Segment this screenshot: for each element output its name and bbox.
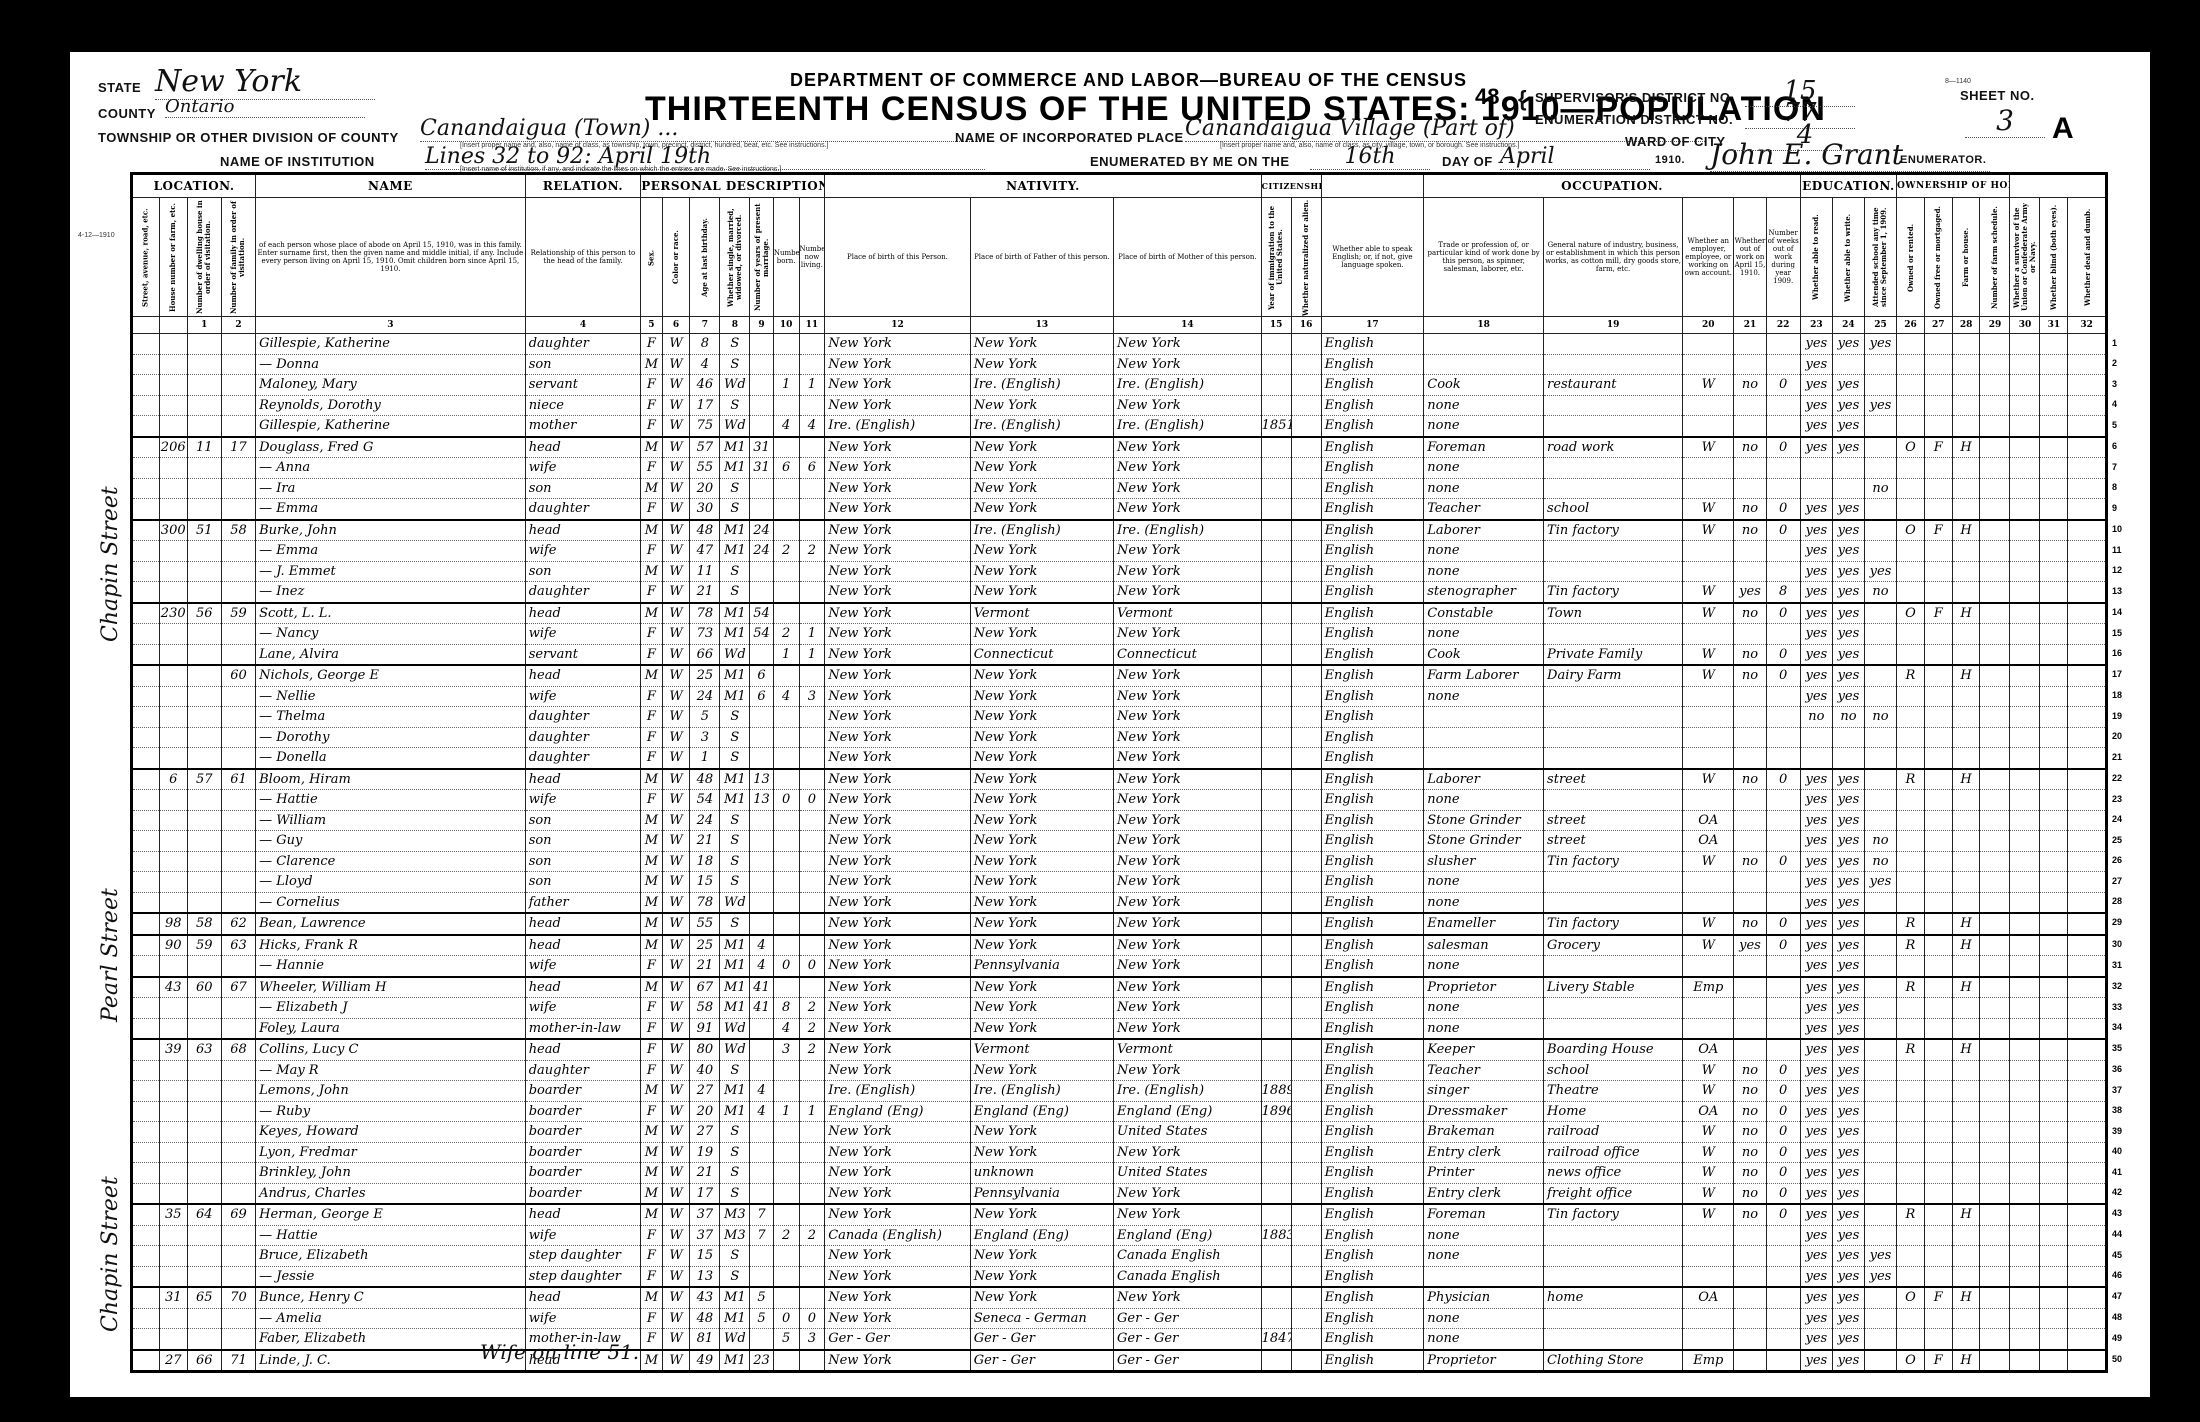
cell-living bbox=[799, 1350, 825, 1372]
cell-wks bbox=[1766, 707, 1800, 728]
cell-sched bbox=[1980, 977, 2010, 998]
cell-dw bbox=[187, 790, 221, 811]
cell-sch bbox=[1864, 998, 1896, 1019]
cell-sch: no bbox=[1864, 851, 1896, 872]
cell-fam: 61 bbox=[221, 769, 255, 790]
cell-sex: F bbox=[641, 1308, 662, 1329]
cell-dw bbox=[187, 1060, 221, 1081]
cell-mort bbox=[1924, 1225, 1952, 1246]
cell-emp: W bbox=[1683, 1081, 1734, 1102]
cell-street bbox=[132, 603, 160, 624]
cell-fh: H bbox=[1952, 437, 1980, 458]
cell-own bbox=[1897, 354, 1925, 375]
cell-age: 19 bbox=[690, 1142, 720, 1163]
cell-age: 81 bbox=[690, 1329, 720, 1350]
cell-dw bbox=[187, 1225, 221, 1246]
cell-bm: New York bbox=[1114, 913, 1262, 935]
cell-yrs: 13 bbox=[750, 769, 774, 790]
cell-ind bbox=[1544, 1018, 1683, 1039]
table-row: — EmmawifeFW47M12422New YorkNew YorkNew … bbox=[132, 541, 2107, 562]
cell-bp: New York bbox=[825, 686, 970, 707]
line-number: 41 bbox=[2112, 1167, 2122, 1177]
cell-fam bbox=[221, 1329, 255, 1350]
cell-nat bbox=[1291, 395, 1321, 416]
cell-trade: slusher bbox=[1424, 851, 1544, 872]
cell-bp: New York bbox=[825, 1204, 970, 1225]
cell-nat bbox=[1291, 499, 1321, 520]
cell-oow bbox=[1734, 790, 1766, 811]
cell-wr bbox=[1832, 354, 1864, 375]
cell-wr: yes bbox=[1832, 1287, 1864, 1308]
cell-sex: M bbox=[641, 520, 662, 541]
cell-age: 15 bbox=[690, 1246, 720, 1267]
cell-bf: New York bbox=[970, 998, 1113, 1019]
cell-born bbox=[773, 1246, 799, 1267]
cell-bm: Ire. (English) bbox=[1114, 1081, 1262, 1102]
cell-race: W bbox=[662, 1163, 690, 1184]
cell-street bbox=[132, 334, 160, 355]
cell-age: 57 bbox=[690, 437, 720, 458]
cell-imm bbox=[1261, 977, 1291, 998]
column-number: 31 bbox=[2040, 317, 2068, 334]
cell-sched bbox=[1980, 1329, 2010, 1350]
cell-sex: M bbox=[641, 437, 662, 458]
cell-house bbox=[159, 727, 187, 748]
cell-street bbox=[132, 1163, 160, 1184]
cell-oow bbox=[1734, 1287, 1766, 1308]
cell-rel: head bbox=[525, 437, 641, 458]
cell-deaf bbox=[2068, 395, 2107, 416]
cell-name: Maloney, Mary bbox=[256, 375, 526, 396]
cell-bm: New York bbox=[1114, 665, 1262, 686]
cell-nat bbox=[1291, 913, 1321, 935]
cell-mort bbox=[1924, 1060, 1952, 1081]
cell-fam bbox=[221, 416, 255, 437]
cell-wks bbox=[1766, 810, 1800, 831]
cell-mort bbox=[1924, 1246, 1952, 1267]
cell-ind: school bbox=[1544, 499, 1683, 520]
cell-blind bbox=[2040, 1287, 2068, 1308]
ward-label: Ward of city bbox=[1625, 134, 1726, 149]
cell-trade: Keeper bbox=[1424, 1039, 1544, 1060]
cell-wks bbox=[1766, 624, 1800, 645]
cell-rel: wife bbox=[525, 998, 641, 1019]
cell-age: 54 bbox=[690, 790, 720, 811]
cell-sch bbox=[1864, 727, 1896, 748]
cell-ind bbox=[1544, 790, 1683, 811]
cell-vet bbox=[2010, 520, 2040, 541]
cell-rel: daughter bbox=[525, 707, 641, 728]
cell-born bbox=[773, 935, 799, 956]
cell-fam: 17 bbox=[221, 437, 255, 458]
cell-lang: English bbox=[1321, 561, 1424, 582]
cell-blind bbox=[2040, 1081, 2068, 1102]
cell-trade: Dressmaker bbox=[1424, 1101, 1544, 1122]
cell-ind: Private Family bbox=[1544, 644, 1683, 665]
cell-age: 91 bbox=[690, 1018, 720, 1039]
cell-sched bbox=[1980, 1018, 2010, 1039]
cell-sex: F bbox=[641, 998, 662, 1019]
cell-bp: New York bbox=[825, 1183, 970, 1204]
cell-imm: 1889 bbox=[1261, 1081, 1291, 1102]
cell-rel: head bbox=[525, 977, 641, 998]
cell-oow bbox=[1734, 541, 1766, 562]
cell-oow: no bbox=[1734, 1101, 1766, 1122]
cell-emp: W bbox=[1683, 1060, 1734, 1081]
table-row: Lyon, FredmarboarderMW19SNew YorkNew Yor… bbox=[132, 1142, 2107, 1163]
cell-fh bbox=[1952, 1142, 1980, 1163]
cell-ind: road work bbox=[1544, 437, 1683, 458]
cell-born bbox=[773, 1060, 799, 1081]
cell-house bbox=[159, 458, 187, 479]
group-relation: RELATION. bbox=[525, 174, 641, 198]
state-label: State bbox=[98, 80, 141, 95]
cell-vet bbox=[2010, 644, 2040, 665]
cell-born: 5 bbox=[773, 1329, 799, 1350]
cell-rel: son bbox=[525, 831, 641, 852]
cell-fam bbox=[221, 810, 255, 831]
cell-yrs bbox=[750, 644, 774, 665]
cell-rel: son bbox=[525, 561, 641, 582]
cell-fam bbox=[221, 1060, 255, 1081]
cell-deaf bbox=[2068, 1101, 2107, 1122]
cell-lang: English bbox=[1321, 810, 1424, 831]
cell-dw bbox=[187, 644, 221, 665]
cell-living bbox=[799, 1142, 825, 1163]
cell-sex: M bbox=[641, 1287, 662, 1308]
header-birth-person: Place of birth of this Person. bbox=[825, 198, 970, 317]
cell-age: 17 bbox=[690, 395, 720, 416]
cell-lang: English bbox=[1321, 624, 1424, 645]
line-number: 34 bbox=[2112, 1022, 2122, 1032]
cell-blind bbox=[2040, 1350, 2068, 1372]
cell-wr: yes bbox=[1832, 1039, 1864, 1060]
cell-fam bbox=[221, 478, 255, 499]
table-row: 3005158Burke, JohnheadMW48M124New YorkIr… bbox=[132, 520, 2107, 541]
cell-wr: yes bbox=[1832, 1101, 1864, 1122]
cell-sch bbox=[1864, 769, 1896, 790]
cell-sch bbox=[1864, 665, 1896, 686]
cell-fh bbox=[1952, 1183, 1980, 1204]
cell-vet bbox=[2010, 727, 2040, 748]
cell-rel: niece bbox=[525, 395, 641, 416]
cell-wr: yes bbox=[1832, 892, 1864, 913]
cell-yrs bbox=[750, 561, 774, 582]
cell-race: W bbox=[662, 1329, 690, 1350]
cell-nat bbox=[1291, 416, 1321, 437]
column-number: 26 bbox=[1897, 317, 1925, 334]
cell-name: — Hattie bbox=[256, 790, 526, 811]
header-relation: Relationship of this person to the head … bbox=[525, 198, 641, 317]
cell-rd: yes bbox=[1800, 1204, 1832, 1225]
table-row: 276671Linde, J. C.headMW49M123New YorkGe… bbox=[132, 1350, 2107, 1372]
cell-emp: W bbox=[1683, 913, 1734, 935]
department-heading: DEPARTMENT OF COMMERCE AND LABOR—BUREAU … bbox=[790, 70, 1467, 91]
cell-street bbox=[132, 582, 160, 603]
line-number: 9 bbox=[2112, 503, 2117, 513]
cell-rel: son bbox=[525, 810, 641, 831]
cell-wr: yes bbox=[1832, 561, 1864, 582]
cell-fam bbox=[221, 375, 255, 396]
cell-lang: English bbox=[1321, 956, 1424, 977]
cell-sex: M bbox=[641, 872, 662, 893]
cell-wr: yes bbox=[1832, 1246, 1864, 1267]
cell-rel: head bbox=[525, 1204, 641, 1225]
line-number: 48 bbox=[2112, 1312, 2122, 1322]
cell-sex: M bbox=[641, 1350, 662, 1372]
cell-imm bbox=[1261, 603, 1291, 624]
cell-trade: Proprietor bbox=[1424, 977, 1544, 998]
table-row: 985862Bean, LawrenceheadMW55SNew YorkNew… bbox=[132, 913, 2107, 935]
cell-wr: yes bbox=[1832, 1266, 1864, 1287]
cell-house: 35 bbox=[159, 1204, 187, 1225]
cell-born: 8 bbox=[773, 998, 799, 1019]
cell-dw bbox=[187, 748, 221, 769]
cell-sched bbox=[1980, 644, 2010, 665]
cell-mar: M1 bbox=[720, 1081, 750, 1102]
cell-mar: M1 bbox=[720, 603, 750, 624]
cell-wks bbox=[1766, 334, 1800, 355]
cell-vet bbox=[2010, 375, 2040, 396]
cell-emp: W bbox=[1683, 520, 1734, 541]
cell-street bbox=[132, 998, 160, 1019]
cell-blind bbox=[2040, 810, 2068, 831]
cell-name: Herman, George E bbox=[256, 1204, 526, 1225]
cell-rel: son bbox=[525, 851, 641, 872]
cell-living bbox=[799, 437, 825, 458]
cell-bm: New York bbox=[1114, 1183, 1262, 1204]
table-row: Maloney, MaryservantFW46Wd11New YorkIre.… bbox=[132, 375, 2107, 396]
cell-yrs bbox=[750, 354, 774, 375]
cell-lang: English bbox=[1321, 1039, 1424, 1060]
cell-vet bbox=[2010, 1308, 2040, 1329]
cell-rd: yes bbox=[1800, 892, 1832, 913]
line-number: 43 bbox=[2112, 1208, 2122, 1218]
cell-dw bbox=[187, 686, 221, 707]
cell-bm: New York bbox=[1114, 1204, 1262, 1225]
cell-bm: New York bbox=[1114, 851, 1262, 872]
header-street: Street, avenue, road, etc. bbox=[132, 198, 160, 317]
cell-wks: 0 bbox=[1766, 935, 1800, 956]
line-number: 26 bbox=[2112, 855, 2122, 865]
header-veteran: Whether a survivor of the Union or Confe… bbox=[2010, 198, 2040, 317]
cell-bp: New York bbox=[825, 831, 970, 852]
cell-deaf bbox=[2068, 810, 2107, 831]
cell-lang: English bbox=[1321, 977, 1424, 998]
cell-born bbox=[773, 851, 799, 872]
cell-mort bbox=[1924, 354, 1952, 375]
cell-bf: New York bbox=[970, 831, 1113, 852]
cell-race: W bbox=[662, 334, 690, 355]
cell-bp: New York bbox=[825, 582, 970, 603]
cell-fh bbox=[1952, 790, 1980, 811]
cell-house bbox=[159, 1246, 187, 1267]
cell-rel: servant bbox=[525, 644, 641, 665]
line-number: 32 bbox=[2112, 981, 2122, 991]
cell-sched bbox=[1980, 956, 2010, 977]
cell-own bbox=[1897, 707, 1925, 728]
cell-bf: Vermont bbox=[970, 1039, 1113, 1060]
cell-bp: New York bbox=[825, 375, 970, 396]
cell-fam bbox=[221, 1225, 255, 1246]
cell-age: 66 bbox=[690, 644, 720, 665]
cell-rd bbox=[1800, 458, 1832, 479]
cell-wks: 0 bbox=[1766, 1204, 1800, 1225]
cell-mar: S bbox=[720, 748, 750, 769]
cell-dw bbox=[187, 334, 221, 355]
cell-vet bbox=[2010, 810, 2040, 831]
cell-age: 27 bbox=[690, 1122, 720, 1143]
header-house-number: House number or farm, etc. bbox=[159, 198, 187, 317]
cell-own bbox=[1897, 499, 1925, 520]
cell-born: 2 bbox=[773, 541, 799, 562]
cell-own bbox=[1897, 478, 1925, 499]
cell-yrs: 6 bbox=[750, 665, 774, 686]
cell-name: — Donna bbox=[256, 354, 526, 375]
cell-mar: M1 bbox=[720, 1101, 750, 1122]
cell-own bbox=[1897, 851, 1925, 872]
cell-sch bbox=[1864, 1039, 1896, 1060]
cell-wks bbox=[1766, 727, 1800, 748]
cell-yrs bbox=[750, 1060, 774, 1081]
census-table: LOCATION. NAME RELATION. PERSONAL DESCRI… bbox=[130, 172, 2108, 1373]
cell-mar: M1 bbox=[720, 935, 750, 956]
cell-sex: F bbox=[641, 1060, 662, 1081]
cell-lang: English bbox=[1321, 582, 1424, 603]
cell-sch bbox=[1864, 956, 1896, 977]
cell-deaf bbox=[2068, 748, 2107, 769]
cell-dw: 11 bbox=[187, 437, 221, 458]
header-out-of-work: Whether out of work on April 15, 1910. bbox=[1734, 198, 1766, 317]
cell-wks: 0 bbox=[1766, 1122, 1800, 1143]
line-number: 46 bbox=[2112, 1270, 2122, 1280]
cell-vet bbox=[2010, 790, 2040, 811]
cell-bp: New York bbox=[825, 561, 970, 582]
cell-nat bbox=[1291, 1266, 1321, 1287]
cell-bm: Canada English bbox=[1114, 1266, 1262, 1287]
line-number: 42 bbox=[2112, 1187, 2122, 1197]
cell-blind bbox=[2040, 1225, 2068, 1246]
cell-rd: yes bbox=[1800, 1039, 1832, 1060]
column-number: 32 bbox=[2068, 317, 2107, 334]
cell-street bbox=[132, 458, 160, 479]
cell-wks bbox=[1766, 892, 1800, 913]
cell-rd: yes bbox=[1800, 1101, 1832, 1122]
cell-dw bbox=[187, 1081, 221, 1102]
table-row: — DonelladaughterFW1SNew YorkNew YorkNew… bbox=[132, 748, 2107, 769]
cell-race: W bbox=[662, 1246, 690, 1267]
cell-wr: yes bbox=[1832, 603, 1864, 624]
cell-sex: F bbox=[641, 395, 662, 416]
cell-lang: English bbox=[1321, 790, 1424, 811]
cell-bm: New York bbox=[1114, 624, 1262, 645]
cell-ind: Clothing Store bbox=[1544, 1350, 1683, 1372]
cell-sched bbox=[1980, 892, 2010, 913]
cell-blind bbox=[2040, 375, 2068, 396]
cell-lang: English bbox=[1321, 1246, 1424, 1267]
cell-race: W bbox=[662, 1018, 690, 1039]
cell-deaf bbox=[2068, 603, 2107, 624]
cell-bm: New York bbox=[1114, 769, 1262, 790]
cell-age: 67 bbox=[690, 977, 720, 998]
cell-wks: 0 bbox=[1766, 375, 1800, 396]
cell-fh bbox=[1952, 998, 1980, 1019]
cell-bm: New York bbox=[1114, 790, 1262, 811]
cell-oow bbox=[1734, 395, 1766, 416]
cell-trade: none bbox=[1424, 458, 1544, 479]
cell-lang: English bbox=[1321, 769, 1424, 790]
header-children-living: Number now living. bbox=[799, 198, 825, 317]
cell-oow bbox=[1734, 892, 1766, 913]
cell-rd: yes bbox=[1800, 624, 1832, 645]
cell-oow bbox=[1734, 872, 1766, 893]
cell-bf: Ger - Ger bbox=[970, 1329, 1113, 1350]
cell-bm: New York bbox=[1114, 977, 1262, 998]
cell-name: — Ruby bbox=[256, 1101, 526, 1122]
cell-name: — Amelia bbox=[256, 1308, 526, 1329]
cell-bf: New York bbox=[970, 913, 1113, 935]
cell-nat bbox=[1291, 748, 1321, 769]
cell-sex: M bbox=[641, 977, 662, 998]
cell-trade: Constable bbox=[1424, 603, 1544, 624]
cell-sch bbox=[1864, 1163, 1896, 1184]
cell-emp bbox=[1683, 956, 1734, 977]
cell-house bbox=[159, 748, 187, 769]
cell-fh bbox=[1952, 1122, 1980, 1143]
cell-deaf bbox=[2068, 790, 2107, 811]
cell-mort bbox=[1924, 1329, 1952, 1350]
cell-yrs bbox=[750, 1018, 774, 1039]
cell-deaf bbox=[2068, 520, 2107, 541]
cell-dw bbox=[187, 499, 221, 520]
column-number: 1 bbox=[187, 317, 221, 334]
cell-wks: 0 bbox=[1766, 913, 1800, 935]
cell-emp bbox=[1683, 998, 1734, 1019]
cell-blind bbox=[2040, 1204, 2068, 1225]
cell-sex: M bbox=[641, 1163, 662, 1184]
cell-sched bbox=[1980, 686, 2010, 707]
cell-wks bbox=[1766, 748, 1800, 769]
cell-fam bbox=[221, 1308, 255, 1329]
cell-rd: yes bbox=[1800, 437, 1832, 458]
cell-imm bbox=[1261, 913, 1291, 935]
cell-mar: M1 bbox=[720, 998, 750, 1019]
cell-yrs bbox=[750, 1039, 774, 1060]
header-family: Number of family in order of visitation. bbox=[221, 198, 255, 317]
cell-fam bbox=[221, 1142, 255, 1163]
cell-name: — Hannie bbox=[256, 956, 526, 977]
cell-bp: Ger - Ger bbox=[825, 1329, 970, 1350]
cell-deaf bbox=[2068, 354, 2107, 375]
cell-street bbox=[132, 520, 160, 541]
cell-name: — Emma bbox=[256, 499, 526, 520]
cell-mar: M1 bbox=[720, 624, 750, 645]
column-number: 2 bbox=[221, 317, 255, 334]
cell-blind bbox=[2040, 977, 2068, 998]
cell-bp: New York bbox=[825, 727, 970, 748]
cell-born: 6 bbox=[773, 458, 799, 479]
cell-oow: no bbox=[1734, 769, 1766, 790]
cell-mar: S bbox=[720, 872, 750, 893]
cell-trade: Enameller bbox=[1424, 913, 1544, 935]
column-number: 7 bbox=[690, 317, 720, 334]
cell-dw bbox=[187, 707, 221, 728]
cell-trade: Teacher bbox=[1424, 499, 1544, 520]
cell-imm bbox=[1261, 1266, 1291, 1287]
cell-wks bbox=[1766, 561, 1800, 582]
cell-name: — Clarence bbox=[256, 851, 526, 872]
cell-mar: S bbox=[720, 1122, 750, 1143]
